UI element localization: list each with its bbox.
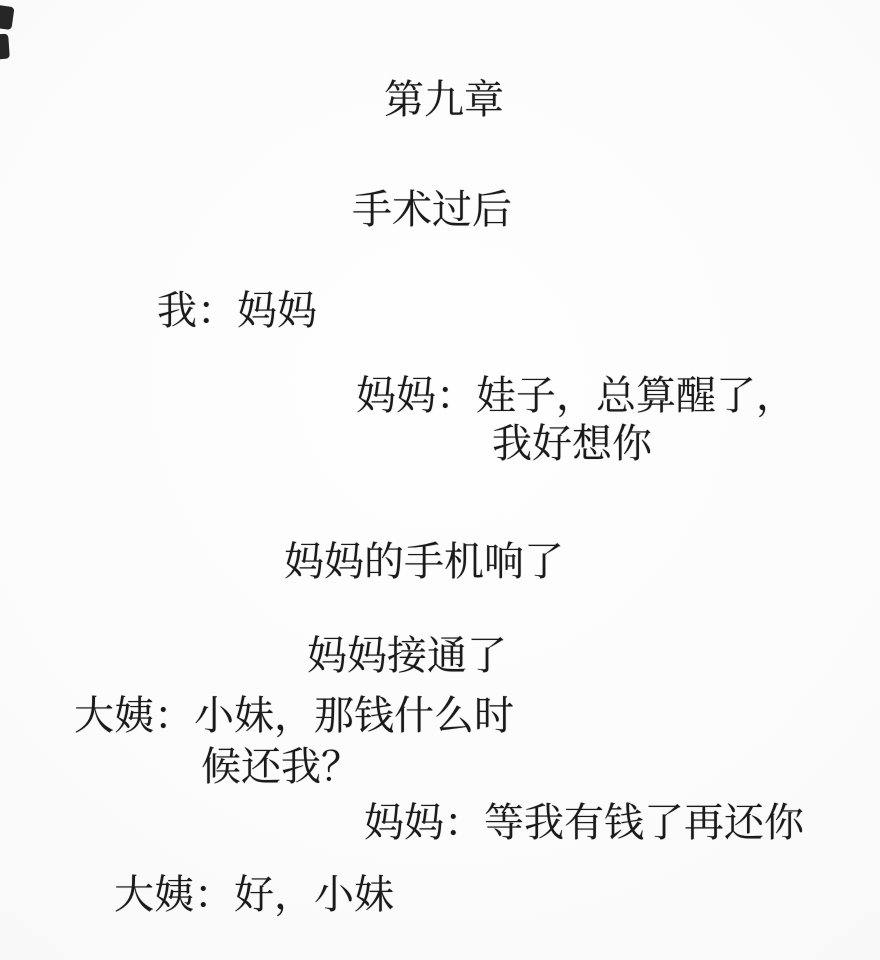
script-page: 第九章 手术过后 我：妈妈 妈妈：娃子，总算醒了， 我好想你 妈妈的手机响了 妈…: [0, 0, 880, 960]
chapter-title: 第九章: [384, 78, 504, 122]
dialogue-line: 大姨：好，小妹: [114, 873, 394, 917]
scene-heading: 手术过后: [352, 188, 512, 232]
action-line: 妈妈的手机响了: [284, 540, 564, 584]
dialogue-line: 大姨：小妹，那钱什么时: [74, 694, 514, 738]
dialogue-line: 妈妈：娃子，总算醒了，: [356, 374, 796, 418]
dialogue-line: 我：妈妈: [157, 289, 317, 333]
dialogue-line: 妈妈：等我有钱了再还你: [364, 801, 804, 845]
scan-smudge-mark: [0, 34, 10, 60]
action-line: 妈妈接通了: [307, 634, 507, 678]
scan-smudge-mark: [0, 5, 15, 30]
dialogue-line-continuation: 候还我？: [201, 745, 361, 789]
dialogue-line-continuation: 我好想你: [492, 422, 652, 466]
